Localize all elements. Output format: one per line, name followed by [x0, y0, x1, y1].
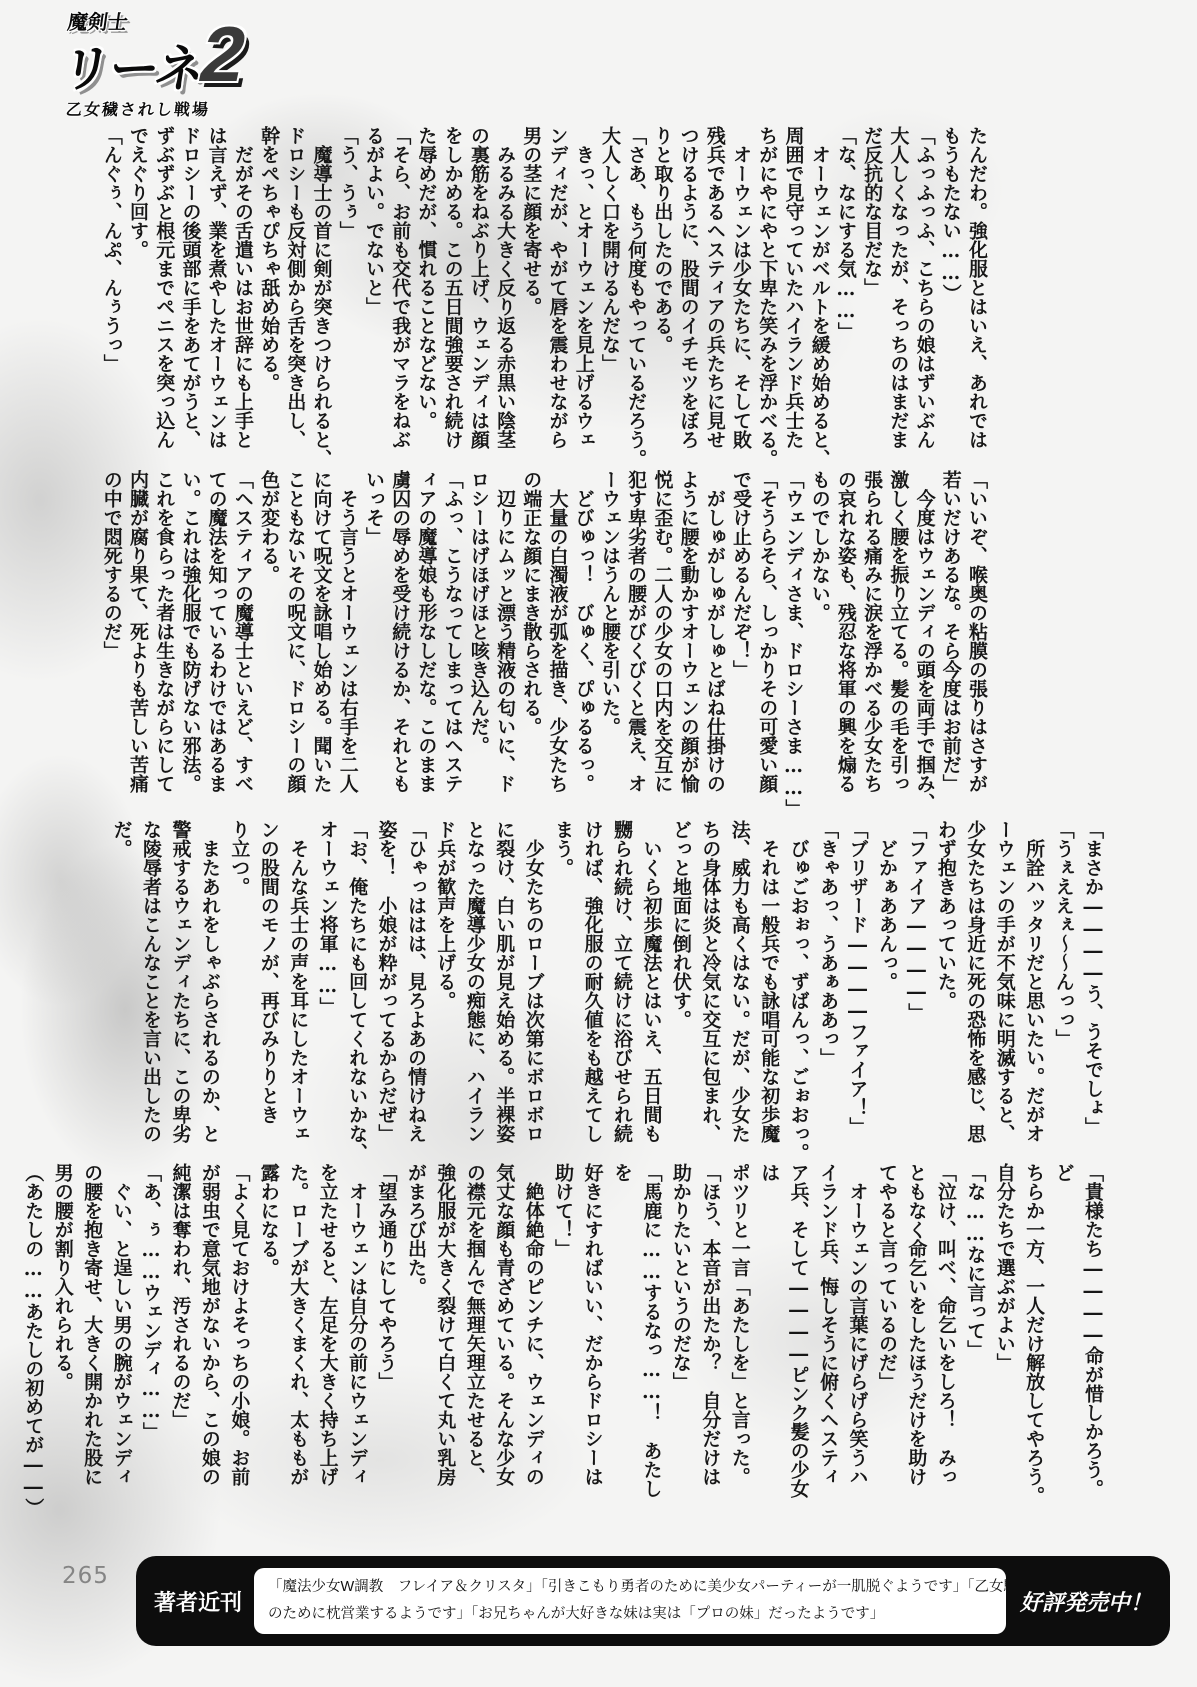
- text-column: イランド兵、悔しそうに俯くヘスティ: [813, 1163, 842, 1515]
- text-column: ポツリと一言「あたしを」と言った。: [724, 1163, 753, 1515]
- text-column: の腰を抱き寄せ、大きく開かれた股に: [77, 1163, 106, 1515]
- text-column: 「ほう、本音が出たか？ 自分だけは: [695, 1163, 724, 1515]
- text-column: ーウェンはうんと腰を引いた。: [597, 470, 623, 822]
- text-column: が弱虫で意気地がないから、この娘の: [194, 1163, 223, 1515]
- text-column: 自分たちで選ぶがよい」: [989, 1163, 1018, 1515]
- text-column: どびゅっ！ びゅく、ぴゅるるっ。: [571, 470, 597, 822]
- text-column: オーウェン将軍……」: [312, 820, 341, 1172]
- text-column: 犯す卑劣者の腰がびくびくと震え、オ: [623, 470, 649, 822]
- text-column: どっと地面に倒れ伏す。: [665, 820, 694, 1172]
- footer-bar: 著者近刊 「魔法少女W調教 フレイア＆クリスタ」「引きこもり勇者のために美少女パ…: [138, 1558, 1168, 1644]
- text-column: 辺りにムッと漂う精液の匂いに、ド: [492, 470, 518, 822]
- text-column: ともなく命乞いをしたほうだけを助け: [901, 1163, 930, 1515]
- text-band-3: 「まさか――――う、うそでしょ」「うぇええぇ～～んっっ」 所詮ハッタリだと思いた…: [106, 820, 1107, 1172]
- text-column: だがその舌遣いはお世辞にも上手と: [230, 126, 256, 478]
- text-column: つけるように、股間のイチモツをぼろ: [675, 126, 701, 478]
- text-column: り立つ。: [224, 820, 253, 1172]
- text-column: がまろび出た。: [401, 1163, 430, 1515]
- text-column: いくら初歩魔法とはいえ、五日間も: [636, 820, 665, 1172]
- page-number: 265: [62, 1563, 109, 1589]
- text-column: 内臓が腐り果て、死よりも苦しい苦痛: [125, 470, 151, 822]
- novel-page: 魔剣士 リーネ 2 乙女穢されし戦場 たんだわ。強化服とはいえ、あれではもうもた…: [0, 0, 1197, 1687]
- text-column: オーウェンは少女たちに、そして敗: [728, 126, 754, 478]
- text-column: きっ、とオーウェンを見上げるウェ: [571, 126, 597, 478]
- text-column: びゅごおぉっ、ずばんっ、ごぉおっ。: [783, 820, 812, 1172]
- text-column: そんな兵士の声を耳にしたオーウェ: [283, 820, 312, 1172]
- text-column: 「お、俺たちにも回してくれないかな、: [342, 820, 371, 1172]
- text-column: りと取り出したのである。: [649, 126, 675, 478]
- text-column: 「な……なに言って」: [960, 1163, 989, 1515]
- text-column: 「さあ、もう何度もやっているだろう。: [623, 126, 649, 478]
- text-column: 気丈な顔も青ざめている。そんな少女: [489, 1163, 518, 1515]
- text-column: 「ひゃっははは、見ろよあの情けねえ: [401, 820, 430, 1172]
- text-column: るがよい。でないと」: [361, 126, 387, 478]
- text-column: で受け止めるんだぞ！」: [728, 470, 754, 822]
- text-column: ィアの魔導娘も形なしだな。このまま: [413, 470, 439, 822]
- text-column: 「そら、お前も交代で我がマラをねぶ: [387, 126, 413, 478]
- text-column: 大人しく口を開けるんだな」: [597, 126, 623, 478]
- text-column: の襟元を掴んで無理矢理立たせると、: [459, 1163, 488, 1515]
- text-column: 純潔は奪われ、汚されるのだ」: [165, 1163, 194, 1515]
- text-column: （あたしの……あたしの初めてが――）: [18, 1163, 47, 1515]
- text-column: た。ローブが大きくまくれ、太ももが: [283, 1163, 312, 1515]
- text-column: 「ふっ、こうなってしまってはヘステ: [439, 470, 465, 822]
- text-column: 助かりたいというのだな」: [665, 1163, 694, 1515]
- text-column: 「そうらそら、しっかりその可愛い顔: [754, 470, 780, 822]
- text-band-4: 「貴様たち――――命が惜しかろう。どちらか一方、一人だけ解放してやろう。自分たち…: [18, 1163, 1107, 1515]
- text-column: 姿を！ 小娘が粋がってるからだぜ」: [371, 820, 400, 1172]
- text-column: 「うぇええぇ～～んっっ」: [1048, 820, 1077, 1172]
- text-column: 色が変わる。: [256, 470, 282, 822]
- text-column: わず抱きあっていた。: [930, 820, 959, 1172]
- text-column: ように腰を動かすオーウェンの顔が愉: [675, 470, 701, 822]
- text-column: の哀れな姿も、残忍な将軍の興を煽る: [833, 470, 859, 822]
- text-column: 少女たちのローブは次第にボロボロ: [518, 820, 547, 1172]
- text-column: ての魔法を知っているわけではあるま: [203, 470, 229, 822]
- text-column: い。これは強化服でも防げない邪法。: [177, 470, 203, 822]
- text-column: ンの股間のモノが、再びみりりとき: [253, 820, 282, 1172]
- text-column: もうもたない……）: [938, 126, 964, 478]
- text-band-2: 「いいぞ、喉奥の粘膜の張りはさすが若いだけあるな。そら今度はお前だ」 今度はウェ…: [99, 470, 990, 822]
- text-column: 警戒するウェンディたちに、この卑劣: [165, 820, 194, 1172]
- text-column: 「馬鹿に……するなっ……！ あたしを: [607, 1163, 666, 1515]
- text-column: 「望み通りにしてやろう」: [371, 1163, 400, 1515]
- text-column: 所詮ハッタリだと思いたい。だがオ: [1019, 820, 1048, 1172]
- text-column: となった魔導少女の痴態に、ハイラン: [459, 820, 488, 1172]
- text-column: オーウェンは自分の前にウェンディ: [342, 1163, 371, 1515]
- series-logo: 魔剣士 リーネ 2 乙女穢されし戦場: [62, 6, 362, 120]
- text-band-1: たんだわ。強化服とはいえ、あれではもうもたない……）「ふっふっふ、こちらの娘はず…: [99, 126, 990, 478]
- text-column: 強化服が大きく裂けて白くて丸い乳房: [430, 1163, 459, 1515]
- text-column: 「んぐぅ、んぷ、んぅうっ」: [99, 126, 125, 478]
- footer-label: 著者近刊: [148, 1586, 254, 1617]
- text-column: 「いいぞ、喉奥の粘膜の張りはさすが: [964, 470, 990, 822]
- text-column: 虜囚の辱めを受け続けるか、それとも: [387, 470, 413, 822]
- logo-title-text: リーネ: [57, 29, 209, 101]
- text-column: 悦に歪む。二人の少女の口内を交互に: [649, 470, 675, 822]
- text-column: がしゅがしゅがしゅとばね仕掛けの: [702, 470, 728, 822]
- text-column: 男の茎に顔を寄せる。: [518, 126, 544, 478]
- text-column: は言えず、業を煮やしたオーウェンは: [203, 126, 229, 478]
- text-column: 「ヘスティアの魔導士といえど、すべ: [230, 470, 256, 822]
- footer-works-box: 「魔法少女W調教 フレイア＆クリスタ」「引きこもり勇者のために美少女パーティーが…: [254, 1568, 1006, 1634]
- text-column: 激しく腰を振り立てる。髪の毛を引っ: [885, 470, 911, 822]
- text-column: 「う、うぅ」: [335, 126, 361, 478]
- text-column: 法、威力も高くはない。だが、少女た: [724, 820, 753, 1172]
- text-column: ものでしかない。: [806, 470, 832, 822]
- text-column: またあれをしゃぶらされるのか、と: [194, 820, 223, 1172]
- text-column: 「ブリザード――――ファイア！」: [842, 820, 871, 1172]
- text-column: みるみる大きく反り返る赤黒い陰茎: [492, 126, 518, 478]
- text-column: オーウェンの言葉にげらげら笑うハ: [842, 1163, 871, 1515]
- text-column: 「泣け、叫べ、命乞いをしろ！ みっ: [930, 1163, 959, 1515]
- text-column: 「よく見ておけよそっちの小娘。お前: [224, 1163, 253, 1515]
- text-column: な陵辱者はこんなことを言い出したの: [136, 820, 165, 1172]
- text-column: 残兵であるヘスティアの兵たちに見せ: [702, 126, 728, 478]
- logo-subtitle-text: 乙女穢されし戦場: [65, 97, 363, 120]
- text-column: 少女たちは身近に死の恐怖を感じ、思: [960, 820, 989, 1172]
- text-column: だ反抗的な目だな」: [859, 126, 885, 478]
- text-column: 周囲で見守っていたハイランド兵士た: [780, 126, 806, 478]
- text-column: ちの身体は炎と冷気に交互に包まれ、: [695, 820, 724, 1172]
- text-column: 「貴様たち――――命が惜しかろう。ど: [1048, 1163, 1107, 1515]
- logo-main: リーネ 2: [62, 29, 362, 101]
- text-column: まう。: [548, 820, 577, 1172]
- text-column: 幹をぺちゃぴちゃ舐め始める。: [256, 126, 282, 478]
- text-column: 大量の白濁液が弧を描き、少女たち: [544, 470, 570, 822]
- text-column: ぐい、と逞しい男の腕がウェンディ: [106, 1163, 135, 1515]
- text-column: の裏筋をねぶり上げ、ウェンディは顔: [466, 126, 492, 478]
- text-column: オーウェンがベルトを緩め始めると、: [806, 126, 832, 478]
- text-column: 「ウェンディさま、ドロシーさま……」: [780, 470, 806, 822]
- text-column: ア兵、そして――――ピンク髪の少女は: [754, 1163, 813, 1515]
- footer-works-line2: のために枕営業するようです」「お兄ちゃんが大好きな妹は実は「プロの妹」だったよう…: [268, 1601, 992, 1628]
- text-column: 今度はウェンディの頭を両手で掴み、: [911, 470, 937, 822]
- text-column: ドロシーも反対側から舌を突き出し、: [282, 126, 308, 478]
- text-column: ちらか一方、一人だけ解放してやろう。: [1019, 1163, 1048, 1515]
- text-column: 好きにすればいい、だからドロシーは: [577, 1163, 606, 1515]
- text-column: こともないその呪文に、ドロシーの顔: [282, 470, 308, 822]
- text-column: そう言うとオーウェンは右手を二人: [335, 470, 361, 822]
- text-column: 「な、なにする気……」: [833, 126, 859, 478]
- text-column: に向けて呪文を詠唱し始める。聞いた: [308, 470, 334, 822]
- text-column: ンディだが、やがて唇を震わせながら: [544, 126, 570, 478]
- text-column: 「ファイア――――」: [901, 820, 930, 1172]
- text-column: の端正な顔にまき散らされる。: [518, 470, 544, 822]
- text-column: ちがにやにやと下卑た笑みを浮かべる。: [754, 126, 780, 478]
- text-column: でえぐり回す。: [125, 126, 151, 478]
- text-column: 魔導士の首に剣が突きつけられると、: [308, 126, 334, 478]
- text-column: ーウェンの手が不気味に明滅すると、: [989, 820, 1018, 1172]
- footer-badge: 好評発売中！: [1006, 1586, 1158, 1617]
- text-column: 張られる痛みに涙を浮かべる少女たち: [859, 470, 885, 822]
- text-column: の中で悶死するのだ」: [99, 470, 125, 822]
- text-column: どかぁああんっ。: [872, 820, 901, 1172]
- text-column: ければ、強化服の耐久値をも越えてし: [577, 820, 606, 1172]
- text-column: 助けて！」: [548, 1163, 577, 1515]
- text-column: ドロシーの後頭部に手をあてがうと、: [177, 126, 203, 478]
- footer-works-line1: 「魔法少女W調教 フレイア＆クリスタ」「引きこもり勇者のために美少女パーティーが…: [268, 1574, 992, 1601]
- text-column: 大人しくなったが、そっちのはまだま: [885, 126, 911, 478]
- text-column: 男の腰が割り入れられる。: [47, 1163, 76, 1515]
- text-column: いっそ」: [361, 470, 387, 822]
- text-column: 「ふっふっふ、こちらの娘はずいぶん: [911, 126, 937, 478]
- text-column: 絶体絶命のピンチに、ウェンディの: [518, 1163, 547, 1515]
- text-column: ド兵が歓声を上げる。: [430, 820, 459, 1172]
- text-column: これを食らった者は生きながらにして: [151, 470, 177, 822]
- text-column: をしかめる。この五日間強要され続け: [439, 126, 465, 478]
- text-column: ずぶずぶと根元までペニスを突っ込ん: [151, 126, 177, 478]
- text-column: た辱めだが、慣れることなどない。: [413, 126, 439, 478]
- text-column: 「あ、ぅ……ウェンディ……」: [136, 1163, 165, 1515]
- text-column: ロシーはげほげほと咳き込んだ。: [466, 470, 492, 822]
- text-column: 露わになる。: [253, 1163, 282, 1515]
- text-column: たんだわ。強化服とはいえ、あれでは: [964, 126, 990, 478]
- text-column: 嬲られ続け、立て続けに浴びせられ続: [607, 820, 636, 1172]
- text-column: に裂け、白い肌が見え始める。半裸姿: [489, 820, 518, 1172]
- text-column: てやると言っているのだ」: [872, 1163, 901, 1515]
- text-column: 「まさか――――う、うそでしょ」: [1078, 820, 1107, 1172]
- text-column: それは一般兵でも詠唱可能な初歩魔: [754, 820, 783, 1172]
- text-column: 「きゃあっ、うあぁああっ」: [813, 820, 842, 1172]
- text-column: 若いだけあるな。そら今度はお前だ」: [938, 470, 964, 822]
- text-column: を立たせると、左足を大きく持ち上げ: [312, 1163, 341, 1515]
- text-column: だ。: [106, 820, 135, 1172]
